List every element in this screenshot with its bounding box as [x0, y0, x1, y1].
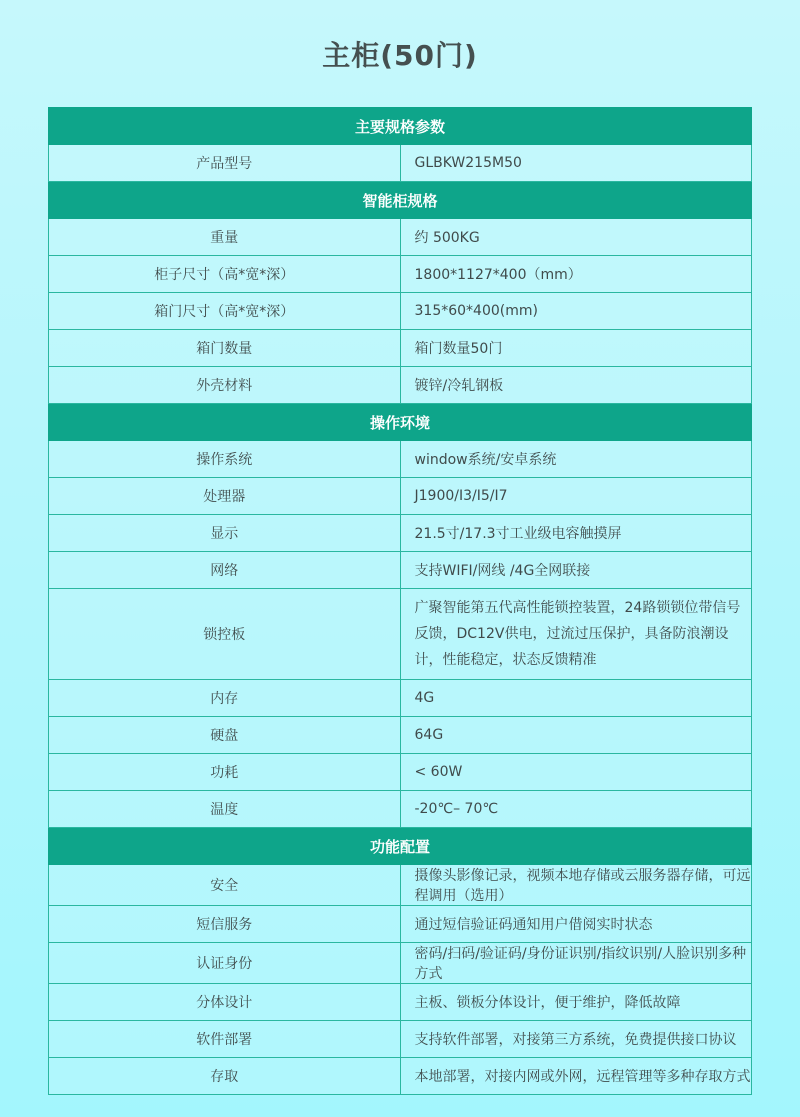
section-header-cabinet-specs: 智能柜规格 [49, 182, 752, 219]
row-value: < 60W [400, 754, 752, 791]
table-row: 箱门数量 箱门数量50门 [49, 330, 752, 367]
table-row: 软件部署 支持软件部署，对接第三方系统，免费提供接口协议 [49, 1021, 752, 1058]
table-row: 网络 支持WIFI/网线 /4G全网联接 [49, 552, 752, 589]
row-label: 存取 [49, 1058, 401, 1095]
table-row: 箱门尺寸（高*宽*深） 315*60*400(mm) [49, 293, 752, 330]
row-label: 显示 [49, 515, 401, 552]
row-value: 摄像头影像记录，视频本地存储或云服务器存储，可远程调用（选用） [400, 865, 752, 906]
table-row: 产品型号 GLBKW215M50 [49, 145, 752, 182]
page-title: 主柜(50门) [0, 34, 800, 74]
table-row: 柜子尺寸（高*宽*深） 1800*1127*400（mm） [49, 256, 752, 293]
row-value: 密码/扫码/验证码/身份证识别/指纹识别/人脸识别多种方式 [400, 943, 752, 984]
row-value: 镀锌/冷轧钢板 [400, 367, 752, 404]
row-value: 广聚智能第五代高性能锁控装置，24路锁锁位带信号反馈，DC12V供电，过流过压保… [400, 589, 752, 680]
row-value: 通过短信验证码通知用户借阅实时状态 [400, 906, 752, 943]
row-label: 锁控板 [49, 589, 401, 680]
section-header-main-specs: 主要规格参数 [49, 108, 752, 145]
table-row: 处理器 J1900/I3/I5/I7 [49, 478, 752, 515]
row-label: 处理器 [49, 478, 401, 515]
row-value: J1900/I3/I5/I7 [400, 478, 752, 515]
table-row: 短信服务 通过短信验证码通知用户借阅实时状态 [49, 906, 752, 943]
table-row: 存取 本地部署，对接内网或外网，远程管理等多种存取方式 [49, 1058, 752, 1095]
row-label: 产品型号 [49, 145, 401, 182]
row-value: 支持软件部署，对接第三方系统，免费提供接口协议 [400, 1021, 752, 1058]
row-label: 认证身份 [49, 943, 401, 984]
table-row: 硬盘 64G [49, 717, 752, 754]
row-value: 1800*1127*400（mm） [400, 256, 752, 293]
table-row: 操作系统 window系统/安卓系统 [49, 441, 752, 478]
row-value: 约 500KG [400, 219, 752, 256]
row-label: 硬盘 [49, 717, 401, 754]
row-value: GLBKW215M50 [400, 145, 752, 182]
section-title: 主要规格参数 [49, 108, 752, 145]
row-label: 短信服务 [49, 906, 401, 943]
table-row: 分体设计 主板、锁板分体设计，便于维护，降低故障 [49, 984, 752, 1021]
row-value: -20℃– 70℃ [400, 791, 752, 828]
row-label: 分体设计 [49, 984, 401, 1021]
table-row: 重量 约 500KG [49, 219, 752, 256]
section-title: 操作环境 [49, 404, 752, 441]
row-label: 箱门数量 [49, 330, 401, 367]
row-label: 外壳材料 [49, 367, 401, 404]
spec-table: 主要规格参数 产品型号 GLBKW215M50 智能柜规格 重量 约 500KG… [48, 107, 752, 1095]
section-title: 智能柜规格 [49, 182, 752, 219]
table-row: 功耗 < 60W [49, 754, 752, 791]
table-row: 认证身份 密码/扫码/验证码/身份证识别/指纹识别/人脸识别多种方式 [49, 943, 752, 984]
section-header-operating-env: 操作环境 [49, 404, 752, 441]
row-label: 内存 [49, 680, 401, 717]
row-label: 软件部署 [49, 1021, 401, 1058]
row-value: window系统/安卓系统 [400, 441, 752, 478]
section-title: 功能配置 [49, 828, 752, 865]
row-value: 315*60*400(mm) [400, 293, 752, 330]
row-value: 4G [400, 680, 752, 717]
row-label: 网络 [49, 552, 401, 589]
row-label: 安全 [49, 865, 401, 906]
table-row: 安全 摄像头影像记录，视频本地存储或云服务器存储，可远程调用（选用） [49, 865, 752, 906]
row-value: 21.5寸/17.3寸工业级电容触摸屏 [400, 515, 752, 552]
table-row: 内存 4G [49, 680, 752, 717]
table-row: 外壳材料 镀锌/冷轧钢板 [49, 367, 752, 404]
row-value: 本地部署，对接内网或外网，远程管理等多种存取方式 [400, 1058, 752, 1095]
table-row: 温度 -20℃– 70℃ [49, 791, 752, 828]
row-value: 主板、锁板分体设计，便于维护，降低故障 [400, 984, 752, 1021]
row-label: 箱门尺寸（高*宽*深） [49, 293, 401, 330]
table-row: 锁控板 广聚智能第五代高性能锁控装置，24路锁锁位带信号反馈，DC12V供电，过… [49, 589, 752, 680]
row-label: 柜子尺寸（高*宽*深） [49, 256, 401, 293]
row-label: 操作系统 [49, 441, 401, 478]
row-value: 支持WIFI/网线 /4G全网联接 [400, 552, 752, 589]
row-label: 温度 [49, 791, 401, 828]
table-row: 显示 21.5寸/17.3寸工业级电容触摸屏 [49, 515, 752, 552]
row-value: 箱门数量50门 [400, 330, 752, 367]
section-header-features: 功能配置 [49, 828, 752, 865]
row-value: 64G [400, 717, 752, 754]
row-label: 功耗 [49, 754, 401, 791]
row-label: 重量 [49, 219, 401, 256]
